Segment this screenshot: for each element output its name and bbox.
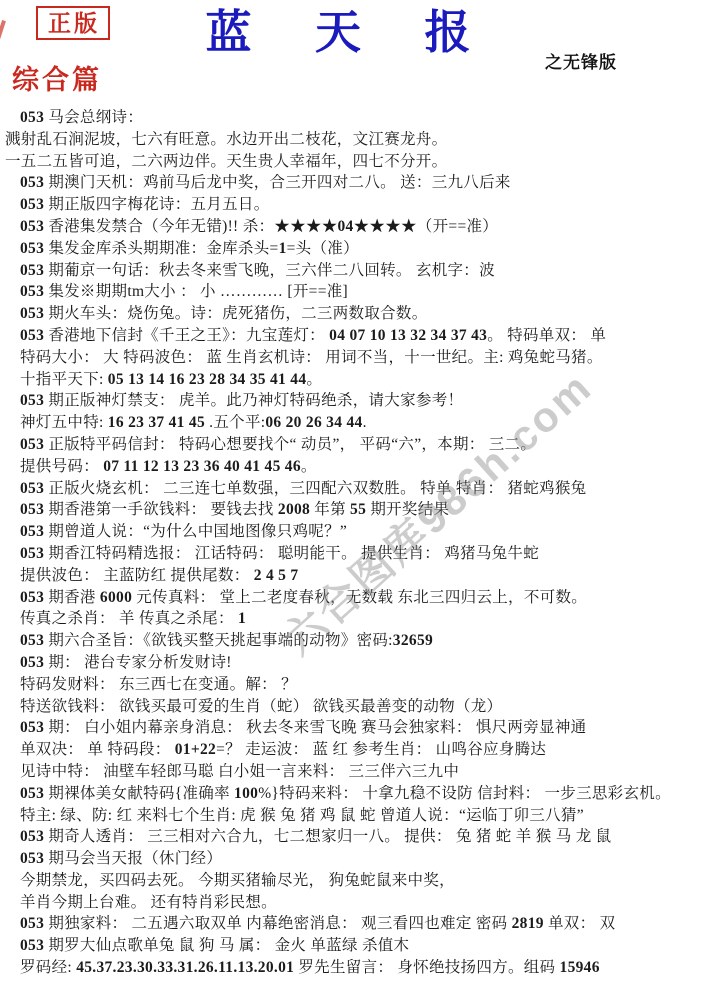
report-line: 053 集发※期期tm大小 ： 小 ………… [开==准] [20, 281, 700, 303]
report-line: 053 期香港 6000 元传真料： 堂上二老度春秋，无数载 东北三四归云上，不… [20, 587, 700, 609]
report-lines: 053 马会总纲诗：溅射乱石涧泥坡，七六有旺意。水边开出二枝花，文江赛龙舟。一五… [20, 107, 700, 979]
report-line: 特主: 绿、防: 红 来料七个生肖: 虎 猴 兔 猪 鸡 鼠 蛇 曾道人说：“运… [20, 805, 700, 827]
report-line: 传真之杀肖： 羊 传真之杀尾： 1 [20, 608, 700, 630]
report-line: 053 期葡京一句话：秋去冬来雪飞晚，三六伴二八回转。 玄机字：波 [20, 260, 700, 282]
newspaper-page: 正版 蓝 天 报 之无锋版 综合篇 053 马会总纲诗：溅射乱石涧泥坡，七六有旺… [0, 0, 702, 987]
report-line: 神灯五中特: 16 23 37 41 45 .五个平:06 20 26 34 4… [20, 412, 700, 434]
report-line: 今期禁龙，买四码去死。 今期买猪输尽光， 狗兔蛇鼠来中奖， [20, 870, 700, 892]
report-line: 053 正版火烧玄机： 二三连七单数强，三四配六双数胜。 特单 特肖： 猪蛇鸡猴… [20, 478, 700, 500]
report-line: 053 期曾道人说：“为什么中国地图像只鸡呢？” [20, 521, 700, 543]
report-line: 053 期正版神灯禁支： 虎羊。此乃神灯特码绝杀，请大家参考！ [20, 390, 700, 412]
report-line: 溅射乱石涧泥坡，七六有旺意。水边开出二枝花，文江赛龙舟。 [5, 129, 700, 151]
report-line: 十指平天下: 05 13 14 16 23 28 34 35 41 44。 [20, 369, 700, 391]
report-line: 053 期正版四字梅花诗：五月五日。 [20, 194, 700, 216]
report-line: 053 期香港第一手欲钱料： 要钱去找 2008 年第 55 期开奖结果 [20, 499, 700, 521]
report-line: 特码发财料： 东三西七在变通。解： ？ [20, 674, 700, 696]
report-line: 特码大小： 大 特码波色： 蓝 生肖玄机诗： 用词不当，十一世纪。主: 鸡兔蛇马… [20, 347, 700, 369]
report-line: 单双决： 单 特码段： 01+22=？ 走运波： 蓝 红 参考生肖： 山鸣谷应身… [20, 739, 700, 761]
report-line: 053 期马会当天报（休门经） [20, 848, 700, 870]
report-line: 053 期澳门天机：鸡前马后龙中奖，合三开四对二八。 送：三九八后来 [20, 172, 700, 194]
section-title: 综合篇 [12, 58, 102, 97]
report-line: 053 香港地下信封《千王之王》：九宝莲灯： 04 07 10 13 32 34… [20, 325, 700, 347]
report-line: 一五二五皆可追，二六两边伴。天生贵人幸福年，四七不分开。 [5, 151, 700, 173]
report-line: 053 期罗大仙点歌单兔 鼠 狗 马 属： 金火 单蓝绿 杀值木 [20, 935, 700, 957]
report-line: 提供波色： 主蓝防红 提供尾数： 2 4 5 7 [20, 565, 700, 587]
report-line: 罗码经: 45.37.23.30.33.31.26.11.13.20.01 罗先… [20, 957, 700, 979]
report-line: 053 期： 港台专家分析发财诗! [20, 652, 700, 674]
report-line: 053 期裸体美女献特码{准确率 100%}特码来料： 十拿九稳不设防 信封料：… [20, 783, 700, 805]
report-line: 053 集发金库杀头期期准：金库杀头=1=头（准） [20, 238, 700, 260]
report-line: 053 马会总纲诗： [20, 107, 700, 129]
report-line: 053 期： 白小姐内幕亲身消息： 秋去冬来雪飞晚 赛马会独家料： 惧尺两旁显神… [20, 717, 700, 739]
report-line: 提供号码： 07 11 12 13 23 36 40 41 45 46。 [20, 456, 700, 478]
edition-label: 之无锋版 [545, 48, 617, 73]
report-line: 053 期香江特码精选报： 江话特码： 聪明能干。 提供生肖： 鸡猪马兔牛蛇 [20, 543, 700, 565]
report-line: 053 期火车头：烧伤兔。诗：虎死猪伤，二三两数取合数。 [20, 303, 700, 325]
report-line: 053 期独家料： 二五遇六取双单 内幕绝密消息： 观三看四也难定 密码 281… [20, 913, 700, 935]
report-line: 见诗中特： 油壁车轻郎马聪 白小姐一言来料： 三三伴六三九中 [20, 761, 700, 783]
report-line: 053 期奇人透肖： 三三相对六合九，七二想家归一八。 提供： 兔 猪 蛇 羊 … [20, 826, 700, 848]
report-line: 特送欲钱料： 欲钱买最可爱的生肖（蛇） 欲钱买最善变的动物（龙） [20, 696, 700, 718]
report-line: 053 正版特平码信封： 特码心想要找个“ 动员”， 平码“六”，本期： 三二。 [20, 434, 700, 456]
report-line: 羊肖今期上台难。 还有特肖彩民想。 [20, 892, 700, 914]
report-line: 053 香港集发禁合（今年无错)!! 杀：★★★★04★★★★（开==准） [20, 216, 700, 238]
report-line: 053 期六合圣旨：《欲钱买整天挑起事端的动物》密码:32659 [20, 630, 700, 652]
